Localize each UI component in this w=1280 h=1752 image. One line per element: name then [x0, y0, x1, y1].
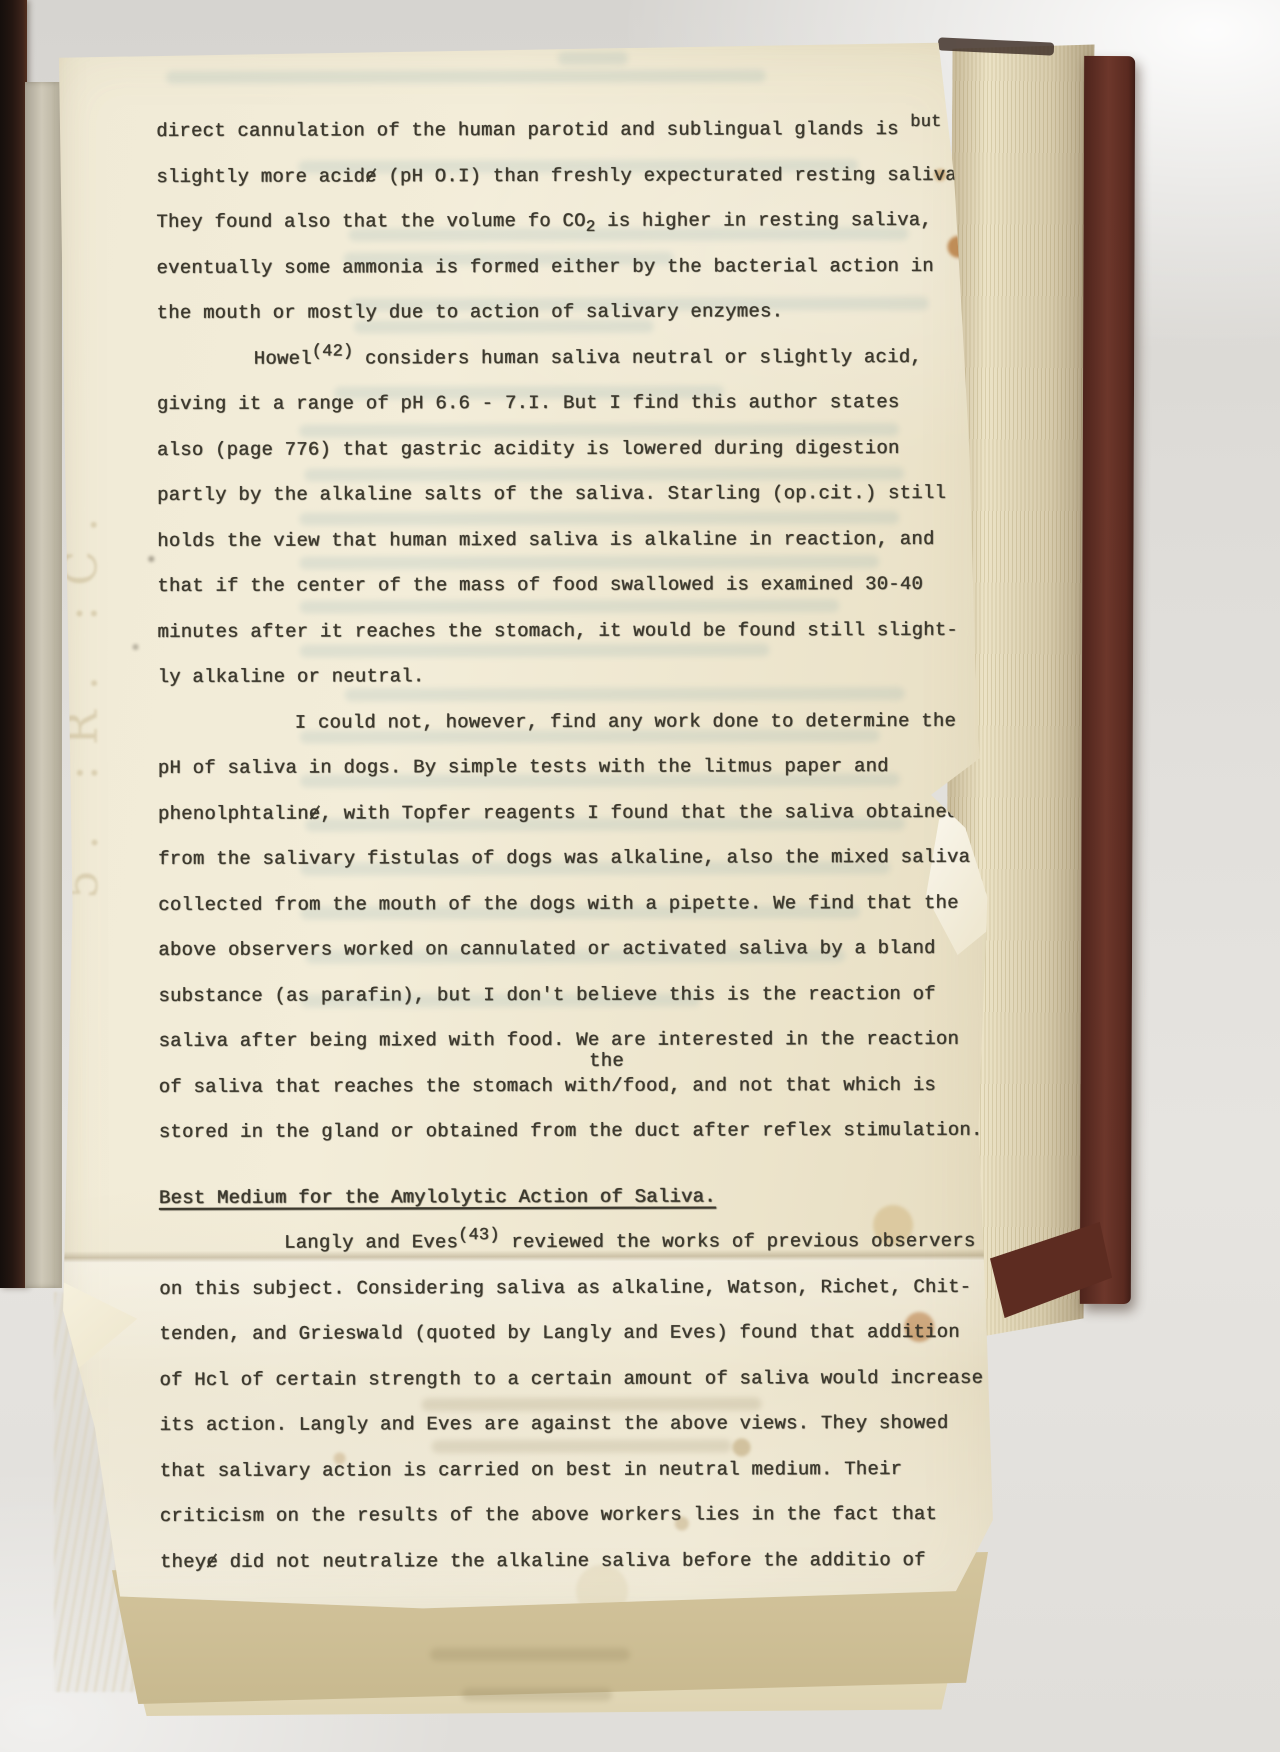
typed-segment: stored in the gland or obtained from the… — [159, 1119, 983, 1143]
typed-line: phenolphtaline, with Topfer reagents I f… — [158, 789, 1004, 837]
typed-line: on this subject. Considering saliva as a… — [159, 1264, 1005, 1312]
typed-segment: also (page 776) that gastric acidity is … — [157, 436, 900, 460]
typed-segment: slightly more acid — [156, 165, 365, 188]
typed-segment: Langly and Eves — [284, 1231, 458, 1253]
typed-line: its action. Langly and Eves are against … — [160, 1401, 1006, 1449]
typed-segment: Howel — [254, 347, 312, 369]
typed-line: pH of saliva in dogs. By simple tests wi… — [158, 744, 1004, 792]
typed-segment: collected from the mouth of the dogs wit… — [158, 891, 959, 915]
typed-line: ly alkaline or neutral. — [158, 653, 1004, 701]
stain — [133, 644, 139, 650]
typed-line: saliva after being mixed with food. We a… — [159, 1017, 1005, 1065]
typed-segment: above observers worked on cannulated or … — [158, 937, 935, 961]
typed-segment: its action. Langly and Eves are against … — [160, 1412, 949, 1436]
typed-sup-segment: (43) — [458, 1226, 500, 1245]
typed-segment: tenden, and Grieswald (quoted by Langly … — [159, 1321, 960, 1345]
typed-segment: ly alkaline or neutral. — [158, 665, 425, 688]
typed-strike-segment: e — [309, 791, 321, 837]
photo-of-open-book: { "page": { "watermark": "5. :R. :C.", "… — [0, 0, 1280, 1752]
stain — [148, 556, 154, 562]
typed-sup-segment: but — [910, 113, 941, 132]
typed-segment: of Hcl of certain strength to a certain … — [159, 1366, 983, 1390]
typed-segment: of saliva that reaches the stomach with — [159, 1074, 612, 1097]
typed-segment: on this subject. Considering saliva as a… — [159, 1275, 971, 1299]
typewritten-text: direct cannulation of the human parotid … — [156, 107, 1006, 1585]
typed-segment: criticism on the results of the above wo… — [160, 1503, 937, 1527]
typed-line: also (page 776) that gastric acidity is … — [157, 425, 1003, 473]
typed-segment: substance (as parafin), but I don't beli… — [158, 982, 935, 1006]
typed-line: Howel(42) considers human saliva neutral… — [157, 334, 1003, 382]
typed-line: I could not, however, find any work done… — [158, 698, 1004, 746]
page-decorations — [38, 35, 990, 37]
typed-segment: pH of saliva in dogs. By simple tests wi… — [158, 755, 889, 779]
typed-line: of saliva that reaches the stomach witht… — [159, 1062, 1005, 1110]
typed-strike-segment: e — [206, 1539, 218, 1585]
manuscript-page: 5. :R. :C. direct cannulation of the hum… — [38, 35, 994, 1617]
typed-line: collected from the mouth of the dogs wit… — [158, 880, 1004, 928]
typed-strike-segment: e — [365, 154, 377, 200]
typed-line: tenden, and Grieswald (quoted by Langly … — [159, 1310, 1005, 1358]
typed-segment: reviewed the works of previous observers — [500, 1230, 976, 1253]
left-page-edge — [25, 82, 62, 1288]
typed-segment: minutes after it reaches the stomach, it… — [157, 618, 958, 642]
typed-line: stored in the gland or obtained from the… — [159, 1108, 1005, 1156]
typed-line: giving it a range of pH 6.6 - 7.I. But I… — [157, 380, 1003, 428]
bleed-through-mark — [558, 52, 628, 65]
typed-line: slightly more acide (pH O.I) than freshl… — [156, 152, 1002, 200]
typed-segment: that if the center of the mass of food s… — [157, 573, 923, 597]
typed-segment: that salivary action is carried on best … — [160, 1457, 903, 1481]
typed-segment: I could not, however, find any work done… — [295, 709, 956, 733]
typed-line: that salivary action is carried on best … — [160, 1446, 1006, 1494]
typed-line: from the salivary fistulas of dogs was a… — [158, 835, 1004, 883]
typed-segment: partly by the alkaline salts of the sali… — [157, 482, 946, 506]
typed-segment: eventually some ammonia is formed either… — [157, 254, 934, 278]
bleed-through-mark — [166, 69, 766, 84]
typed-segment: from the salivary fistulas of dogs was a… — [158, 846, 970, 870]
section-heading: Best Medium for the Amylolytic Action of… — [159, 1173, 1005, 1221]
typed-segment: holds the view that human mixed saliva i… — [157, 527, 934, 551]
bleed-through-mark — [430, 1648, 630, 1661]
typed-line: criticism on the results of the above wo… — [160, 1492, 1006, 1540]
typed-line: They found also that the volume fo CO2 i… — [156, 198, 1002, 246]
book-right-cover — [1080, 56, 1135, 1304]
typed-segment: direct cannulation of the human parotid … — [156, 118, 910, 142]
typed-segment: , with Topfer reagents I found that the … — [320, 800, 958, 824]
typed-line: Langly and Eves(43) reviewed the works o… — [159, 1219, 1005, 1267]
typed-segment: phenolphtalin — [158, 802, 309, 824]
typed-segment: considers human saliva neutral or slight… — [353, 345, 922, 368]
typed-segment: (pH O.I) than freshly expecturated resti… — [377, 163, 969, 187]
typed-sup-segment: (42) — [312, 342, 354, 361]
typed-line: of Hcl of certain strength to a certain … — [159, 1355, 1005, 1403]
typed-sub-segment: 2 — [586, 218, 596, 236]
typed-segment: saliva after being mixed with food. We a… — [159, 1028, 960, 1052]
typed-line: direct cannulation of the human parotid … — [156, 107, 1002, 155]
typed-line: above observers worked on cannulated or … — [158, 926, 1004, 974]
typed-line: the mouth or mostly due to action of sal… — [157, 289, 1003, 337]
typed-line: partly by the alkaline salts of the sali… — [157, 471, 1003, 519]
typed-segment: they — [160, 1550, 206, 1572]
typed-segment: /food, and not that which is — [611, 1073, 936, 1096]
typed-line: minutes after it reaches the stomach, it… — [157, 607, 1003, 655]
typed-segment: giving it a range of pH 6.6 - 7.I. But I… — [157, 391, 900, 415]
typed-line: theye did not neutralize the alkaline sa… — [160, 1537, 1006, 1585]
typed-segment: They found also that the volume fo CO — [156, 210, 585, 233]
typed-segment: did not neutralize the alkaline saliva b… — [218, 1548, 926, 1572]
typed-segment: Best Medium for the Amylolytic Action of… — [159, 1185, 716, 1208]
bleed-through-mark — [462, 1688, 612, 1701]
typed-segment: is higher in resting saliva, — [595, 209, 932, 232]
typed-line: substance (as parafin), but I don't beli… — [158, 971, 1004, 1019]
typed-segment: the mouth or mostly due to action of sal… — [157, 300, 784, 324]
typed-line: that if the center of the mass of food s… — [157, 562, 1003, 610]
typed-line: holds the view that human mixed saliva i… — [157, 516, 1003, 564]
book-left-cover-edge — [0, 0, 27, 1288]
typed-line: eventually some ammonia is formed either… — [156, 243, 1002, 291]
